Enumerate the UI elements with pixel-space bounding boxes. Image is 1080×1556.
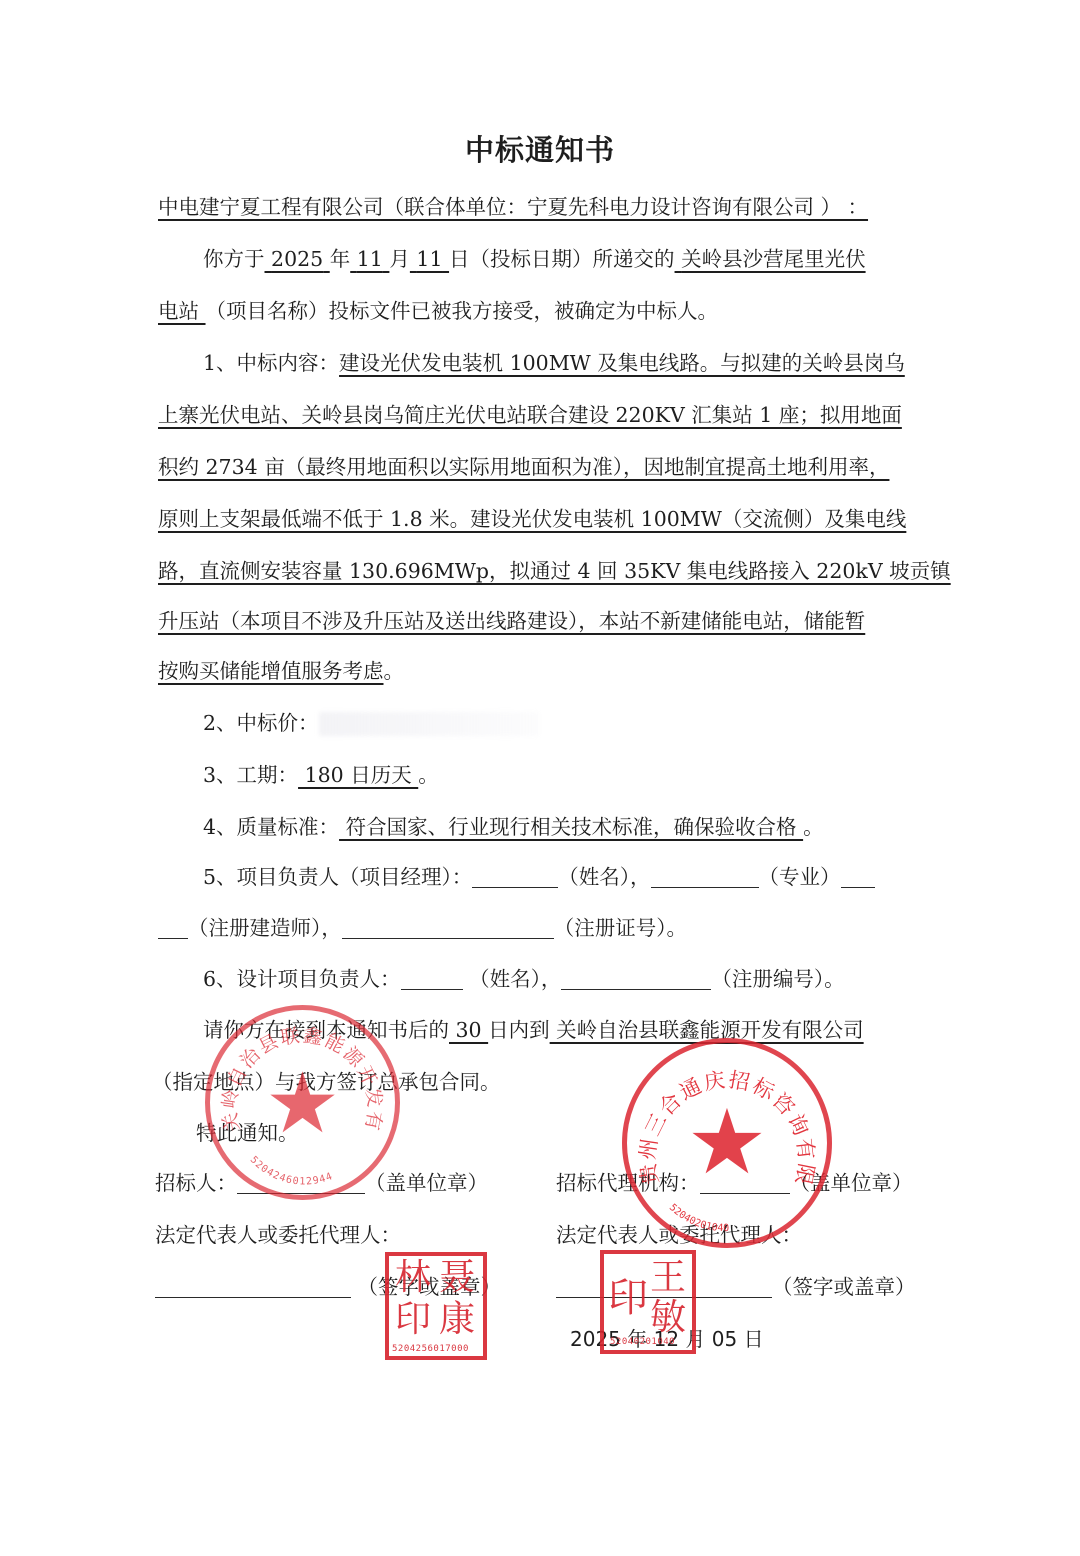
pm-major-blank	[651, 865, 759, 888]
item1-line-1: 1、中标内容：建设光伏发电装机 100MW 及集电线路。与拟建的关岭县岗乌	[203, 348, 914, 378]
project-name-part1: 关岭县沙营尾里光伏	[675, 247, 866, 271]
pm-cert-number-blank	[342, 916, 554, 939]
bid-month: 11	[350, 247, 389, 271]
bid-price-redacted	[319, 712, 539, 736]
svg-text:52040201040: 52040201040	[667, 1202, 729, 1234]
item3-label: 3、工期：	[203, 763, 298, 787]
item2-line: 2、中标价：	[203, 708, 914, 738]
contract-days: 30	[449, 1018, 488, 1042]
agency-company-seal: 贵州三合通庆招标咨询有限公司 52040201040 ★	[622, 1038, 832, 1248]
item3-line: 3、工期： 180 日历天 。	[203, 760, 914, 790]
item1-line-3: 积约 2734 亩（最终用地面积以实际用地面积为准），因地制宜提高土地利用率，	[158, 452, 914, 482]
bid-day: 11	[410, 247, 449, 271]
tenderer-legal-rep-seal: 聂 林 康 印 5204256017000	[385, 1252, 487, 1360]
tenderer-signature-blank	[155, 1275, 351, 1298]
item5-line-1: 5、项目负责人（项目经理）：（姓名），（专业）	[203, 862, 914, 892]
item1-content: 建设光伏发电装机 100MW 及集电线路。与拟建的关岭县岗乌	[339, 351, 905, 375]
item1-line-2: 上寨光伏电站、关岭县岗乌简庄光伏电站联合建设 220KV 汇集站 1 座；拟用地…	[158, 400, 914, 430]
item5-label: 5、项目负责人（项目经理）：	[203, 865, 472, 889]
item6-label: 6、设计项目负责人：	[203, 967, 401, 991]
design-lead-name-blank	[401, 967, 463, 990]
item1-line-5: 路，直流侧安装容量 130.696MWp，拟通过 4 回 35KV 集电线路接入…	[158, 556, 914, 586]
tenderer-legal-rep-label: 法定代表人或委托代理人：	[155, 1220, 495, 1250]
quality-standard: 符合国家、行业现行相关技术标准，确保验收合格	[339, 815, 803, 839]
construction-period: 180 日历天	[298, 763, 418, 787]
agency-legal-rep-seal: 王 敏 印 52040201040	[600, 1250, 696, 1354]
item1-label: 1、中标内容：	[203, 351, 339, 375]
intro-line-1: 你方于 2025 年 11 月 11 日（投标日期）所递交的 关岭县沙营尾里光伏	[203, 244, 914, 274]
star-icon: ★	[687, 1098, 768, 1188]
addressee-line: 中电建宁夏工程有限公司（联合体单位：宁夏先科电力设计咨询有限公司 ） ：	[158, 192, 914, 222]
design-lead-reg-blank	[561, 967, 711, 990]
item2-label: 2、中标价：	[203, 711, 319, 735]
item1-line-6: 升压站（本项目不涉及升压站及送出线路建设），本站不新建储能电站，储能暂	[158, 606, 914, 636]
item5-line-2: （注册建造师），（注册证号）。	[158, 913, 914, 943]
pm-name-blank	[472, 865, 558, 888]
document-title: 中标通知书	[0, 128, 1080, 169]
tenderer-company-seal: 关岭自治县联鑫能源开发有限公司 5204246012944 ★	[205, 1005, 400, 1200]
project-name-part2: 电站	[158, 299, 206, 323]
item4-label: 4、质量标准：	[203, 815, 339, 839]
pm-grade-blank-cont	[158, 916, 188, 939]
item1-line-7: 按购买储能增值服务考虑。	[158, 656, 914, 686]
bid-year: 2025	[265, 247, 330, 271]
intro-line-2: 电站 （项目名称）投标文件已被我方接受，被确定为中标人。	[158, 296, 914, 326]
bid-award-notice-page: 中标通知书 中电建宁夏工程有限公司（联合体单位：宁夏先科电力设计咨询有限公司 ）…	[0, 0, 1080, 1556]
item4-line: 4、质量标准： 符合国家、行业现行相关技术标准，确保验收合格 。	[203, 812, 914, 842]
pm-grade-blank	[841, 865, 875, 888]
item6-line: 6、设计项目负责人： （姓名），（注册编号）。	[203, 964, 914, 994]
svg-text:5204246012944: 5204246012944	[248, 1154, 335, 1187]
addressee: 中电建宁夏工程有限公司（联合体单位：宁夏先科电力设计咨询有限公司 ） ：	[158, 195, 868, 219]
contract-place: 关岭自治县联鑫能源开发有限公司	[550, 1018, 864, 1042]
star-icon: ★	[265, 1061, 340, 1145]
item1-line-4: 原则上支架最低端不低于 1.8 米。建设光伏发电装机 100MW（交流侧）及集电…	[158, 504, 914, 534]
